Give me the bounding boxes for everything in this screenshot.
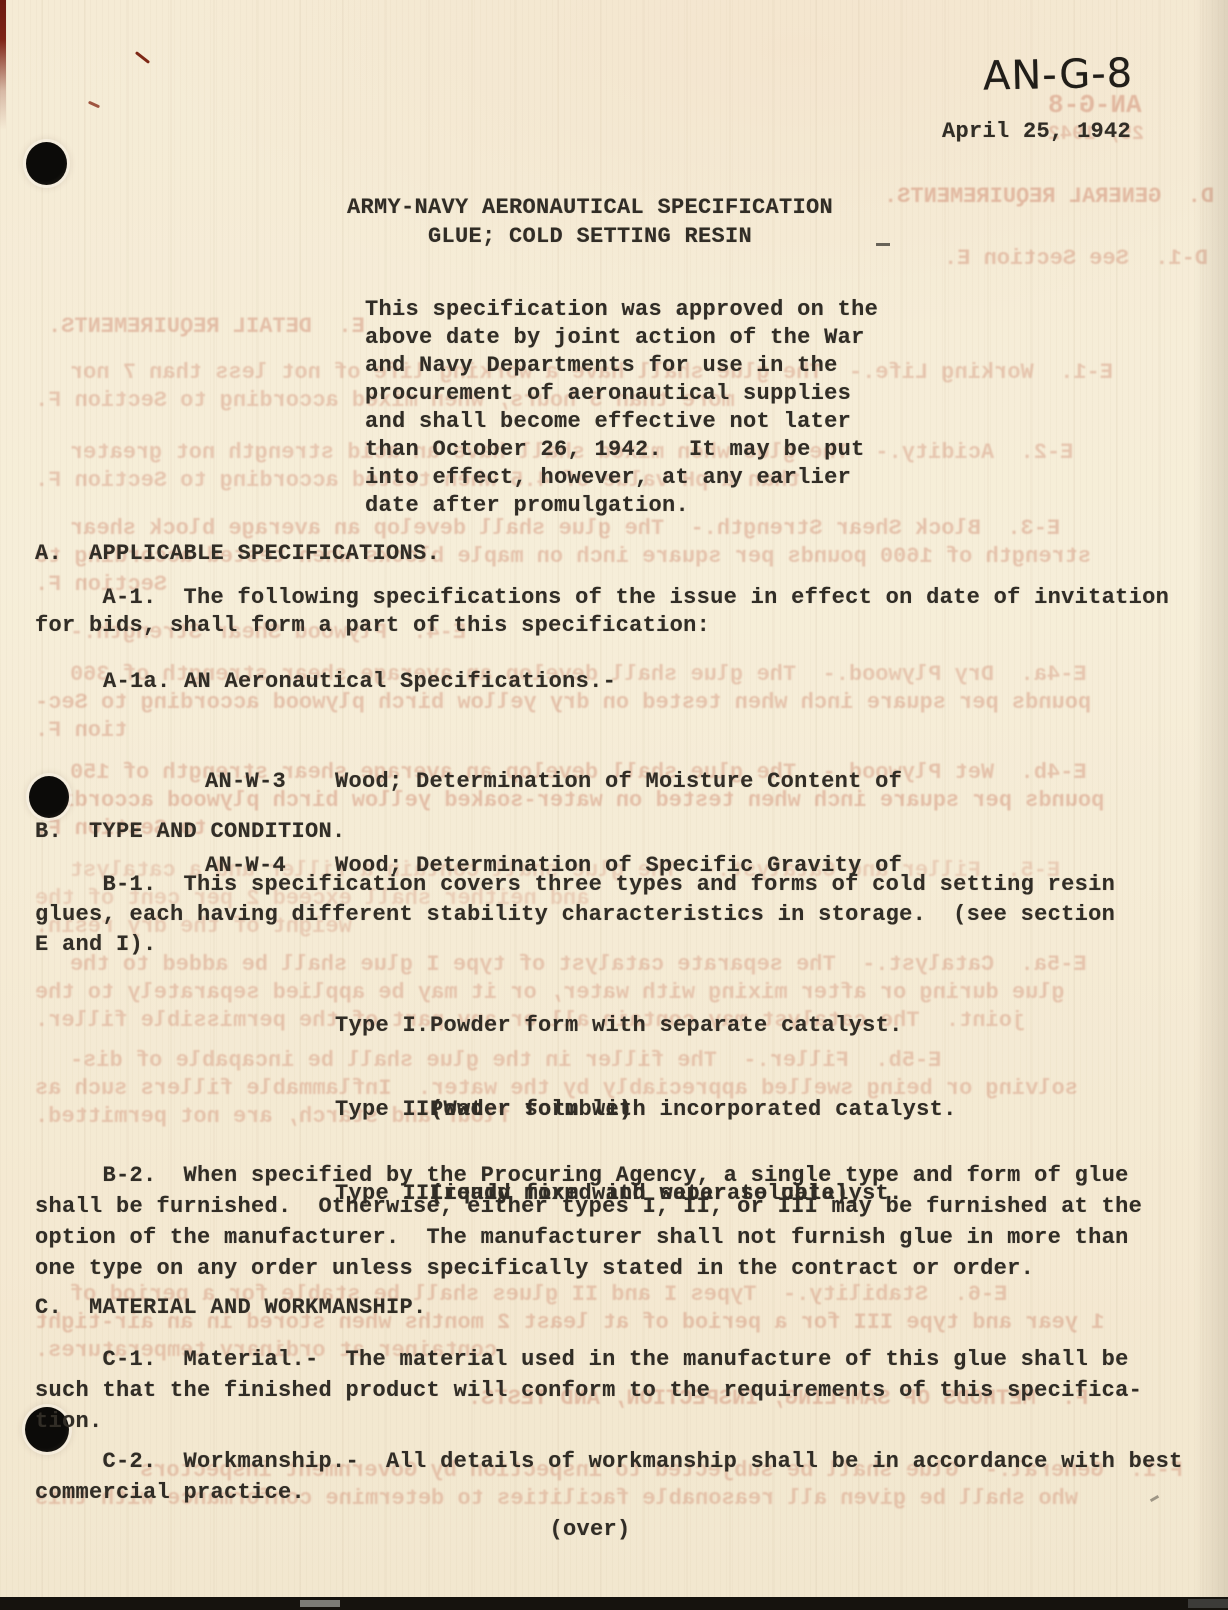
spec-title: Wood; Determination of Moisture Content … xyxy=(335,768,902,796)
doc-number: AN-G-8 xyxy=(983,50,1134,99)
scanned-document-page: AN-G-825, 1942D. GENERAL REQUIREMENTS.D-… xyxy=(0,0,1228,1610)
paragraph-c1: C-1. Material.- The material used in the… xyxy=(35,1344,1142,1437)
bleedthrough-text: E. DETAIL REQUIREMENTS. xyxy=(48,314,365,340)
spec-row: AN-W-3 Wood; Determination of Moisture C… xyxy=(205,768,902,796)
paragraph-a1: A-1. The following specifications of the… xyxy=(35,584,1169,640)
paragraph-a1a: A-1a. AN Aeronautical Specifications.- xyxy=(103,668,616,696)
paragraph-b2: B-2. When specified by the Procuring Age… xyxy=(35,1160,1142,1284)
title-line-2: GLUE; COLD SETTING RESIN xyxy=(0,223,1180,251)
over-label: (over) xyxy=(0,1516,1180,1544)
scan-bar-patch xyxy=(1188,1599,1228,1608)
type-text: Powder form with separate catalyst. xyxy=(430,1012,903,1040)
title-line-1: ARMY-NAVY AERONAUTICAL SPECIFICATION xyxy=(0,194,1180,222)
doc-date: April 25, 1942 xyxy=(942,118,1131,146)
pen-mark xyxy=(135,51,150,64)
bleedthrough-text: tion F. xyxy=(35,718,127,744)
right-edge-shadow xyxy=(1194,0,1228,1610)
scan-bar-patch xyxy=(300,1600,340,1607)
spec-code: AN-W-3 xyxy=(205,768,335,796)
type-label: Type II. xyxy=(335,1096,430,1124)
paragraph-b1: B-1. This specification covers three typ… xyxy=(35,870,1115,960)
hole-punch xyxy=(29,776,69,818)
paragraph-c2: C-2. Workmanship.- All details of workma… xyxy=(35,1446,1183,1508)
scan-bottom-bar xyxy=(0,1597,1228,1610)
section-c-heading: C. MATERIAL AND WORKMANSHIP. xyxy=(35,1294,427,1322)
hole-punch xyxy=(26,142,67,185)
section-a-heading: A. APPLICABLE SPECIFICATIONS. xyxy=(35,540,440,568)
section-b-heading: B. TYPE AND CONDITION. xyxy=(35,818,346,846)
approval-note: This specification was approved on the a… xyxy=(365,296,878,520)
type-text: Powder form with incorporated catalyst. xyxy=(430,1096,957,1124)
red-edge-mark xyxy=(0,0,6,130)
pen-mark xyxy=(88,101,100,109)
type-label: Type I. xyxy=(335,1012,430,1040)
